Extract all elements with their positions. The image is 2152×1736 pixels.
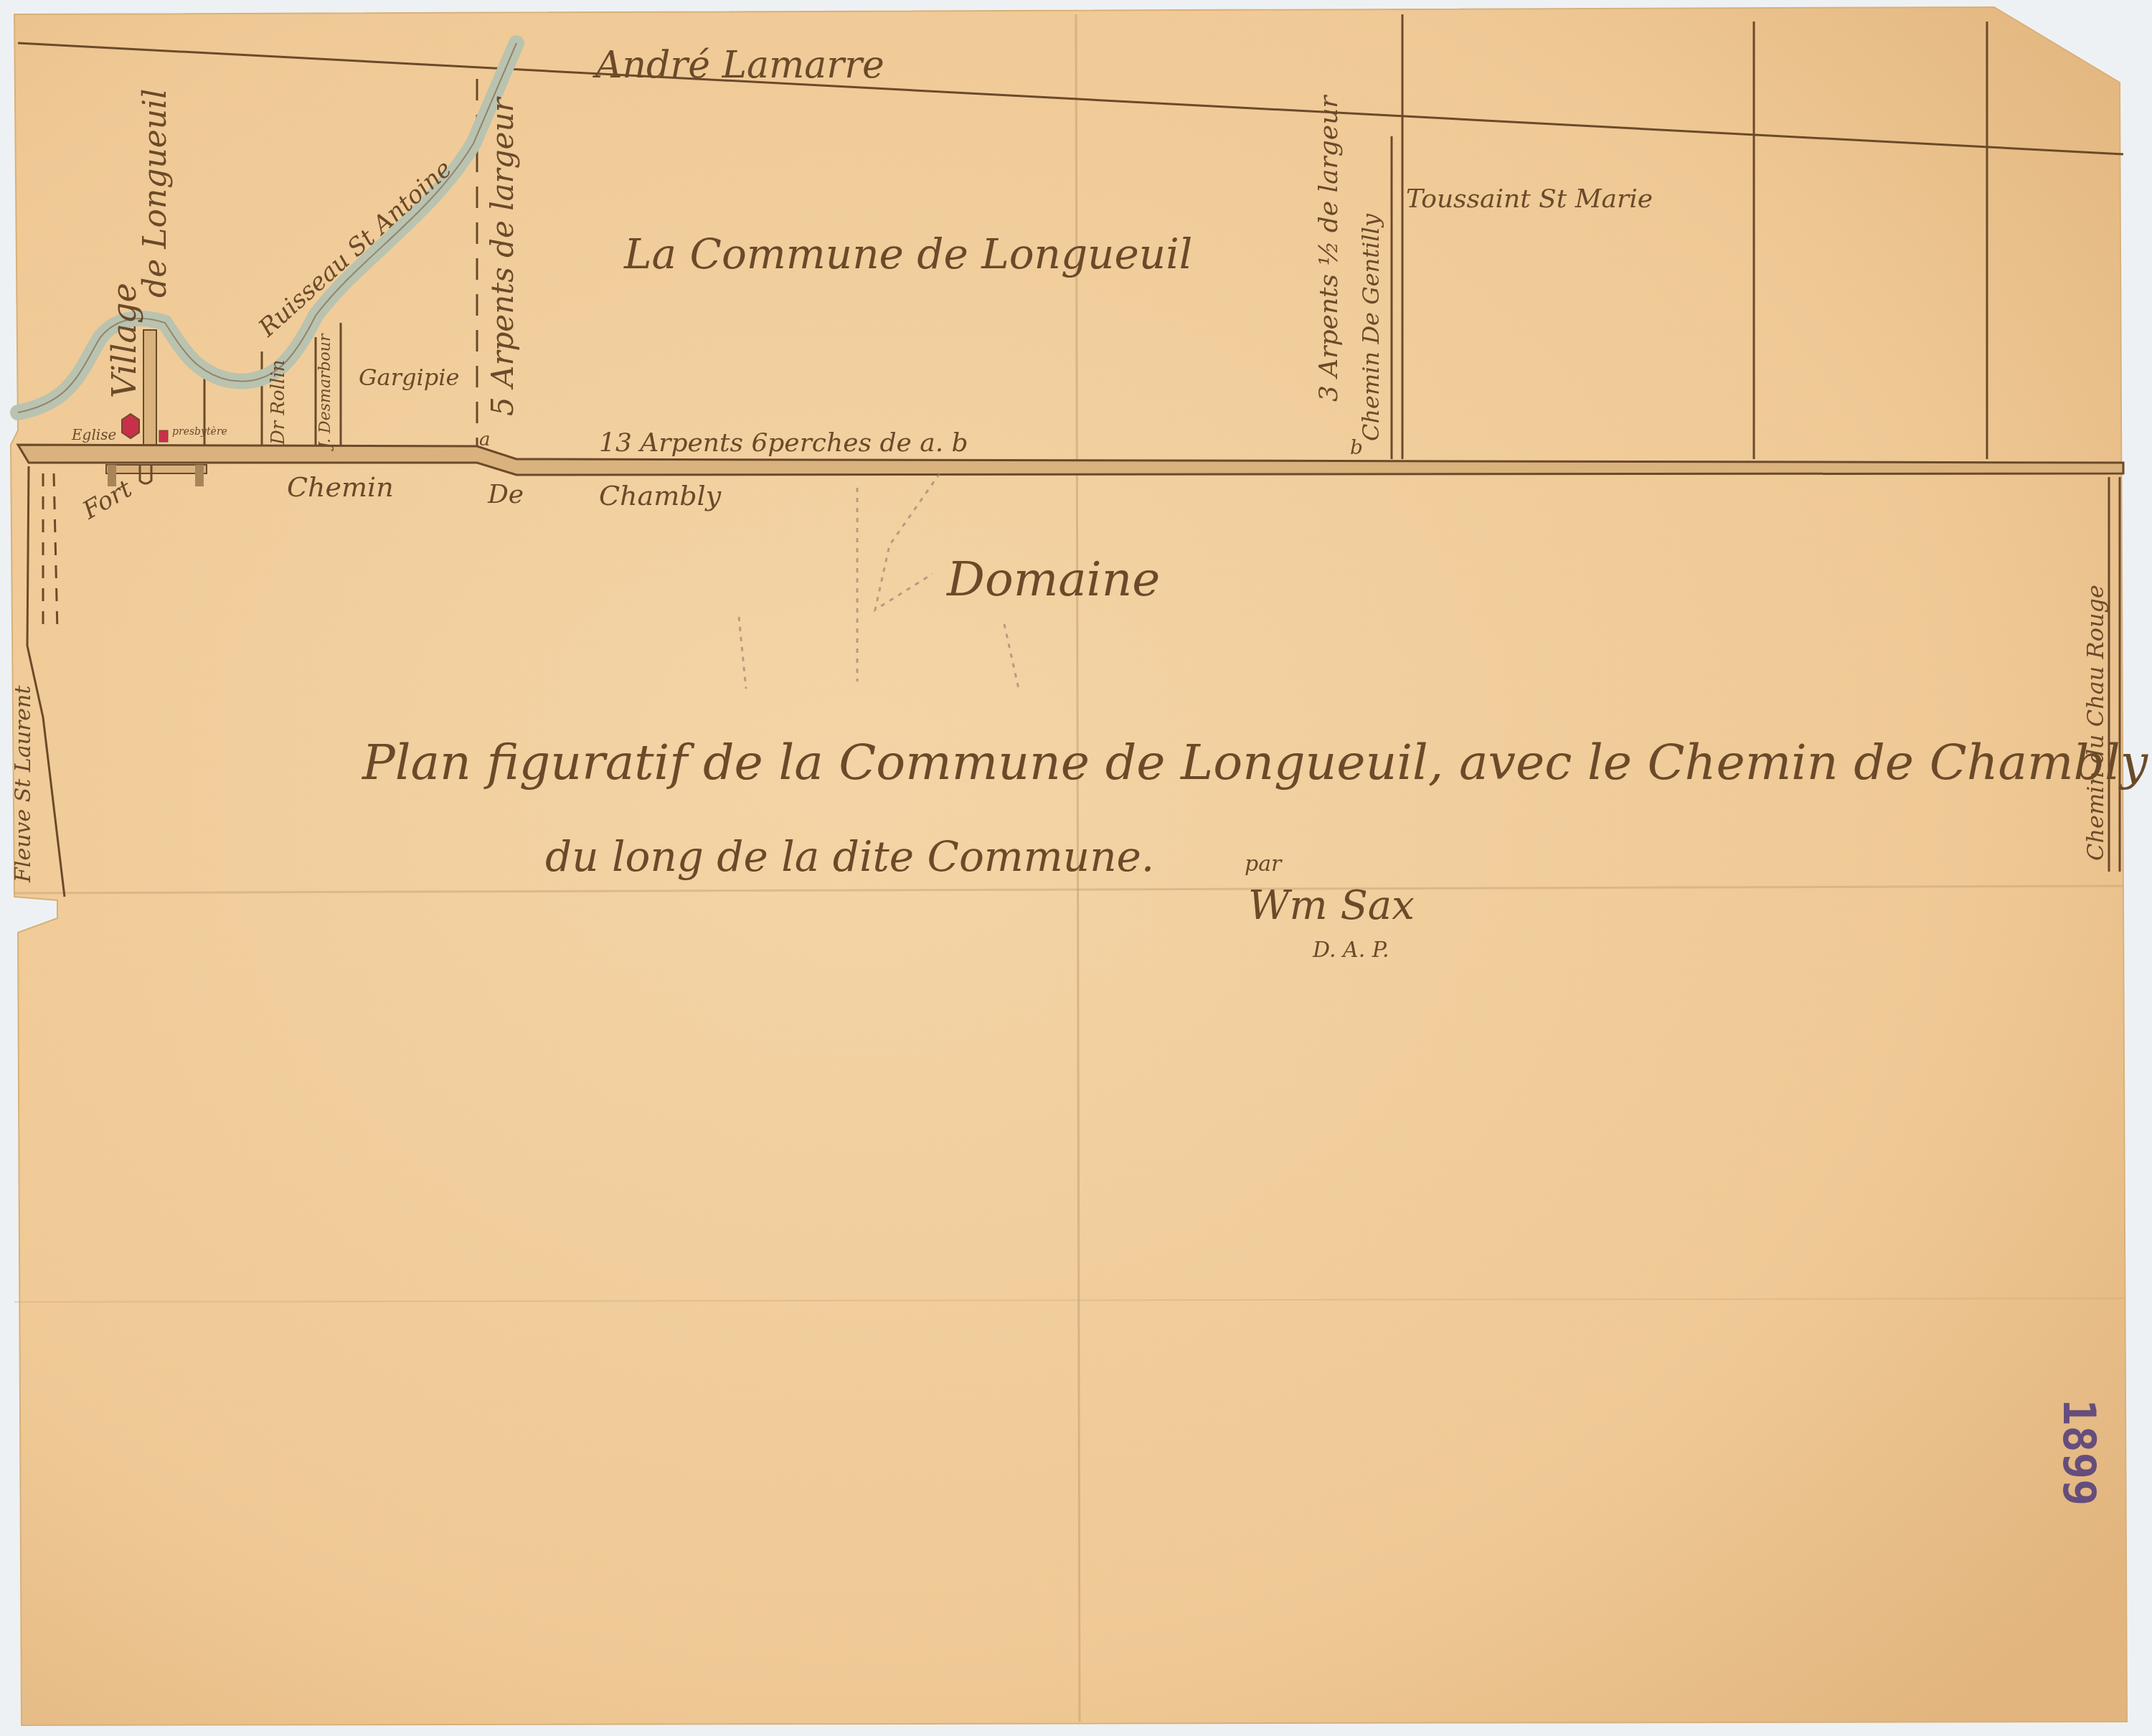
label-desmarbour: J. Desmarbour [318, 334, 334, 448]
label-andre-lamarre: André Lamarre [595, 47, 884, 84]
label-chambly: Chambly [599, 482, 721, 509]
label-width-left: 5 Arpents de largeur [488, 98, 518, 416]
label-village-name: de Longueuil [140, 89, 171, 298]
author-title: D. A. P. [1313, 940, 1389, 961]
label-church: Eglise [72, 428, 116, 442]
presbytere-icon [159, 430, 168, 442]
label-rollin: Dr Rollin [269, 360, 288, 445]
author-signature: Wm Sax [1248, 886, 1415, 926]
label-gentilly-road: Chemin De Gentilly [1359, 214, 1382, 441]
archive-stamp: 1899 [2053, 1399, 2105, 1506]
label-chemin: Chemin [287, 473, 394, 501]
map-title-line2: du long de la dite Commune. [545, 836, 1154, 877]
label-village: Village [108, 283, 141, 398]
label-commune: La Commune de Longueuil [624, 233, 1192, 275]
church-icon [122, 414, 139, 438]
label-domaine: Domaine [947, 556, 1160, 603]
label-toussaint: Toussaint St Marie [1406, 187, 1653, 212]
label-river: Fleuve St Laurent [13, 686, 34, 882]
map-title-line1: Plan figuratif de la Commune de Longueui… [362, 739, 2148, 788]
label-de: De [488, 482, 524, 508]
label-gargipie: Gargipie [359, 366, 459, 389]
label-point-a: a [479, 430, 491, 449]
author-prefix: par [1245, 854, 1281, 875]
label-width-right: 3 Arpents ½ de largeur [1316, 95, 1342, 402]
label-presbytere: presbytère [172, 427, 227, 437]
label-road-measure: 13 Arpents 6perches de a. b [599, 430, 968, 456]
label-point-b: b [1350, 438, 1363, 458]
label-coteau-road: Chemin du Chau Rouge [2084, 585, 2107, 861]
